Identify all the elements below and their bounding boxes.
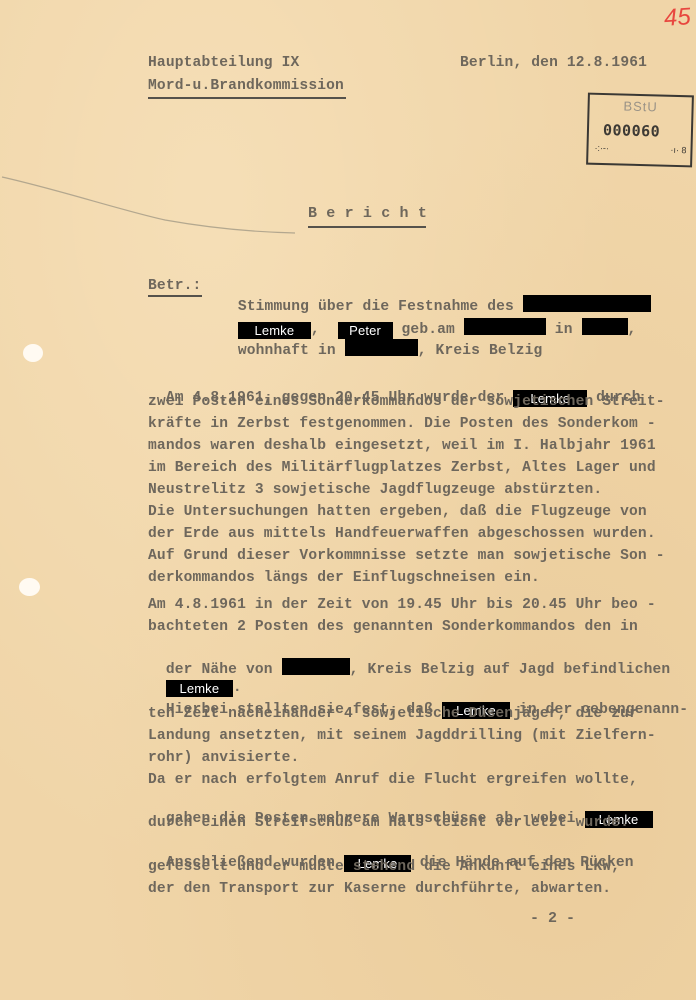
subject-label: Betr.: <box>148 277 201 295</box>
in-label: in <box>555 322 573 338</box>
paragraph-1-line: der Erde aus mittels Handfeuerwaffen abg… <box>148 525 656 543</box>
punch-hole <box>23 344 43 362</box>
paragraph-2-line: ten Zeit nacheinander 4 sowjetische Düse… <box>148 705 638 723</box>
paragraph-1-line: kräfte in Zerbst festgenommen. Die Poste… <box>148 415 656 433</box>
paragraph-1-line: Die Untersuchungen hatten ergeben, daß d… <box>148 503 647 521</box>
redaction-box <box>345 339 418 356</box>
residence-district: , Kreis Belzig <box>418 343 543 359</box>
punctuation: , <box>628 322 637 338</box>
paragraph-2-line: rohr) anvisierte. <box>148 749 299 767</box>
department-subunit: Mord-u.Brandkommission <box>148 77 344 95</box>
redaction-box <box>282 658 350 675</box>
department-underline <box>148 97 346 99</box>
punch-hole <box>19 578 40 596</box>
paragraph-2-line: der den Transport zur Kaserne durchführt… <box>148 880 611 898</box>
paragraph-1-line: zwei Posten eines Sonderkommandos der so… <box>148 393 665 411</box>
stamp-number: 000060 <box>603 121 661 140</box>
paragraph-2-line: Am 4.8.1961 in der Zeit von 19.45 Uhr bi… <box>148 596 656 614</box>
bstu-stamp: BStU 000060 ·:·-· ·ı· 8 <box>586 93 694 168</box>
text-segment: , Kreis Belzig auf Jagd befindlichen <box>350 662 671 678</box>
stamp-agency: BStU <box>589 98 691 116</box>
place-date: Berlin, den 12.8.1961 <box>460 54 647 72</box>
paragraph-1-line: mandos waren deshalb eingesetzt, weil im… <box>148 437 656 455</box>
department-name: Hauptabteilung IX <box>148 54 299 72</box>
paragraph-2-line: bachteten 2 Posten des genannten Sonderk… <box>148 618 638 636</box>
paragraph-1-line: im Bereich des Militärflugplatzes Zerbst… <box>148 459 656 477</box>
residence-label: wohnhaft in <box>238 343 336 359</box>
paragraph-2-line: gefesselt und er mußte stehend die Ankun… <box>148 858 620 876</box>
paragraph-1-line: Neustrelitz 3 sowjetische Jagdflugzeuge … <box>148 481 602 499</box>
page-number: - 2 - <box>530 910 575 927</box>
stamp-footer-right: ·ı· 8 <box>670 145 686 155</box>
subject-label-underline <box>148 295 202 297</box>
subject-line-3: wohnhaft in , Kreis Belzig <box>220 321 542 360</box>
paragraph-1-line: Auf Grund dieser Vorkommnisse setzte man… <box>148 547 665 565</box>
stamp-footer-left: ·:·-· <box>594 143 609 153</box>
title-underline <box>308 226 426 228</box>
redaction-box <box>582 318 628 335</box>
paragraph-2-line: Landung ansetzten, mit seinem Jagddrilli… <box>148 727 656 745</box>
paragraph-2-line: durch einen Streifschuß am Hals leicht v… <box>148 814 629 832</box>
paragraph-2-line: Da er nach erfolgtem Anruf die Flucht er… <box>148 771 638 789</box>
paragraph-1-line: derkommandos längs der Einflugschneisen … <box>148 569 540 587</box>
archive-page-number: 45 <box>663 3 692 33</box>
document-title: B e r i c h t <box>308 205 427 223</box>
stamp-footer: ·:·-· ·ı· 8 <box>594 143 686 155</box>
